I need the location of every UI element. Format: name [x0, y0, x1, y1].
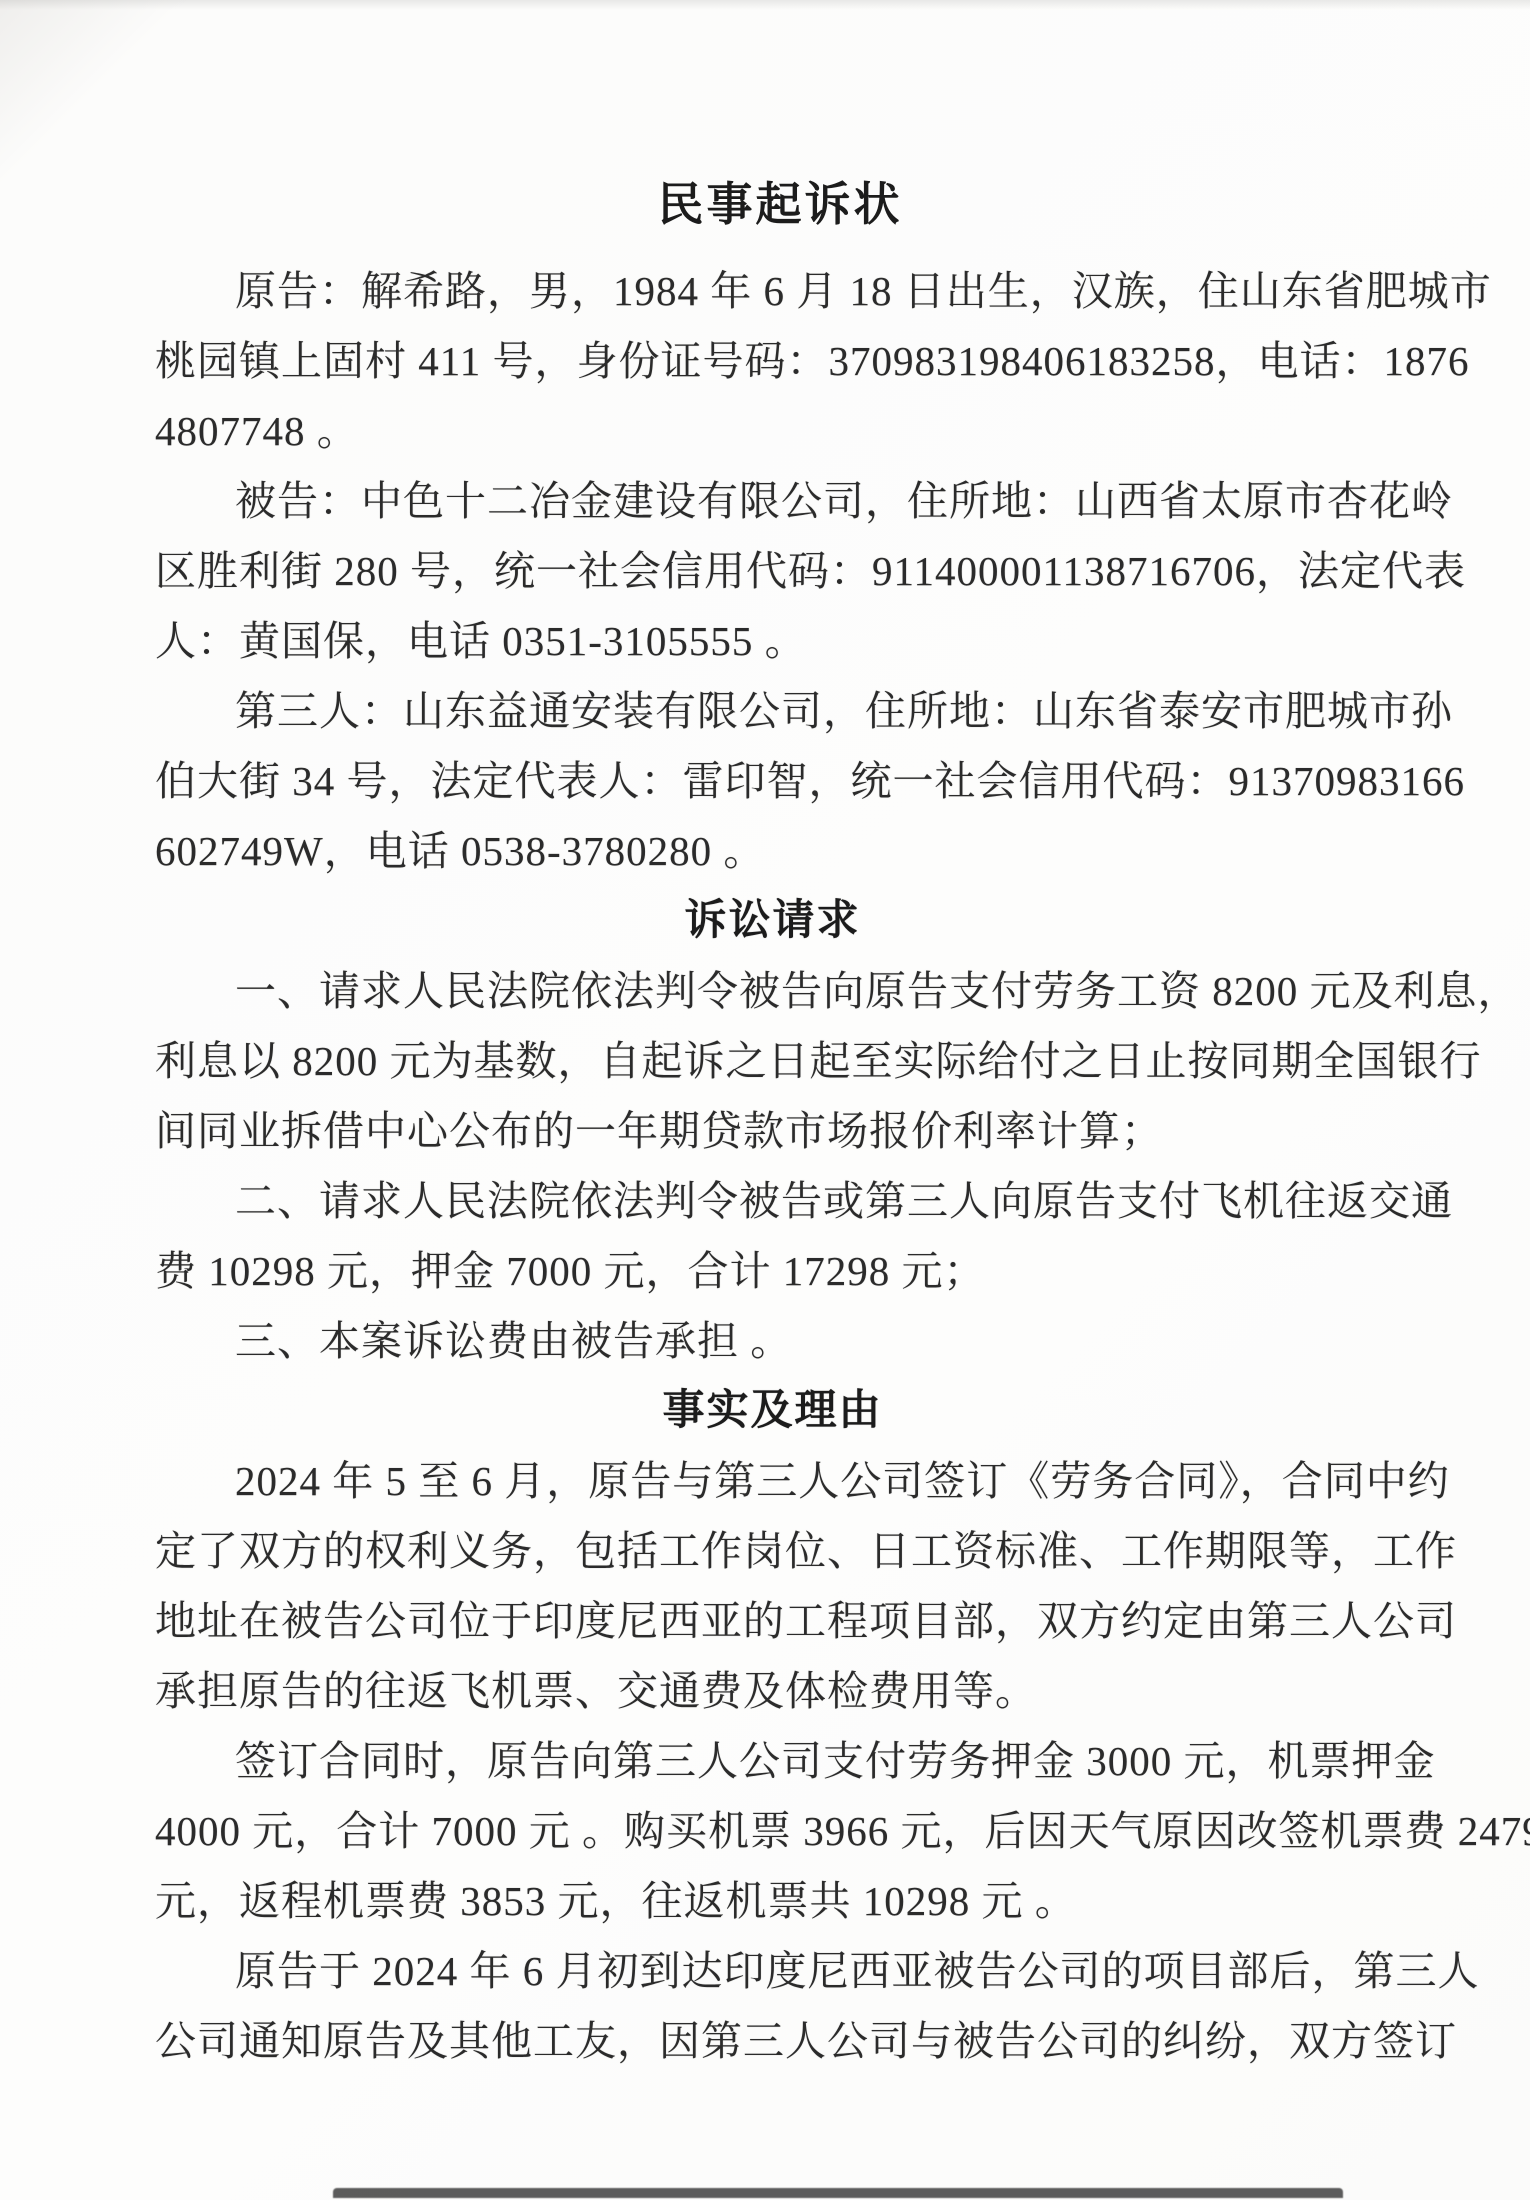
document-title: 民事起诉状	[170, 178, 1390, 232]
plaintiff-line: 桃园镇上固村 411 号，身份证号码：370983198406183258，电话…	[155, 326, 1390, 396]
facts-line: 签订合同时，原告向第三人公司支付劳务押金 3000 元，机票押金	[155, 1726, 1390, 1796]
defendant-line: 人：黄国保，电话 0351-3105555 。	[155, 606, 1390, 676]
claim-item-line: 利息以 8200 元为基数，自起诉之日起至实际给付之日止按同期全国银行	[155, 1026, 1390, 1096]
third-party-line: 602749W，电话 0538-3780280 。	[155, 816, 1390, 886]
claims-section-heading: 诉讼请求	[155, 886, 1390, 956]
third-party-line: 第三人：山东益通安装有限公司，住所地：山东省泰安市肥城市孙	[155, 676, 1390, 746]
document-body: 原告：解希路，男，1984 年 6 月 18 日出生，汉族，住山东省肥城市 桃园…	[155, 256, 1390, 2076]
third-party-line: 伯大街 34 号，法定代表人：雷印智，统一社会信用代码：91370983166	[155, 746, 1390, 816]
claim-item-line: 三、本案诉讼费由被告承担 。	[155, 1306, 1390, 1376]
defendant-line: 被告：中色十二冶金建设有限公司，住所地：山西省太原市杏花岭	[155, 466, 1390, 536]
facts-line: 定了双方的权利义务，包括工作岗位、日工资标准、工作期限等，工作	[155, 1516, 1390, 1586]
scanned-document-page: 民事起诉状 原告：解希路，男，1984 年 6 月 18 日出生，汉族，住山东省…	[0, 0, 1530, 2200]
claim-item-line: 二、请求人民法院依法判令被告或第三人向原告支付飞机往返交通	[155, 1166, 1390, 1236]
plaintiff-line: 4807748 。	[155, 396, 1390, 466]
facts-line: 2024 年 5 至 6 月，原告与第三人公司签订《劳务合同》，合同中约	[155, 1446, 1390, 1516]
facts-line: 承担原告的往返飞机票、交通费及体检费用等。	[155, 1656, 1390, 1726]
facts-section-heading: 事实及理由	[155, 1376, 1390, 1446]
facts-line: 原告于 2024 年 6 月初到达印度尼西亚被告公司的项目部后，第三人	[155, 1936, 1390, 2006]
claim-item-line: 费 10298 元，押金 7000 元，合计 17298 元；	[155, 1236, 1390, 1306]
facts-line: 公司通知原告及其他工友，因第三人公司与被告公司的纠纷，双方签订	[155, 2006, 1390, 2076]
document-content: 民事起诉状 原告：解希路，男，1984 年 6 月 18 日出生，汉族，住山东省…	[0, 0, 1530, 2076]
claim-item-line: 一、请求人民法院依法判令被告向原告支付劳务工资 8200 元及利息，	[155, 956, 1390, 1026]
scan-edge-artifact	[333, 2188, 1343, 2198]
facts-line: 元，返程机票费 3853 元，往返机票共 10298 元 。	[155, 1866, 1390, 1936]
claim-item-line: 间同业拆借中心公布的一年期贷款市场报价利率计算；	[155, 1096, 1390, 1166]
plaintiff-line: 原告：解希路，男，1984 年 6 月 18 日出生，汉族，住山东省肥城市	[155, 256, 1390, 326]
facts-line: 地址在被告公司位于印度尼西亚的工程项目部，双方约定由第三人公司	[155, 1586, 1390, 1656]
defendant-line: 区胜利街 280 号，统一社会信用代码：911400001138716706，法…	[155, 536, 1390, 606]
facts-line: 4000 元，合计 7000 元 。购买机票 3966 元，后因天气原因改签机票…	[155, 1796, 1390, 1866]
